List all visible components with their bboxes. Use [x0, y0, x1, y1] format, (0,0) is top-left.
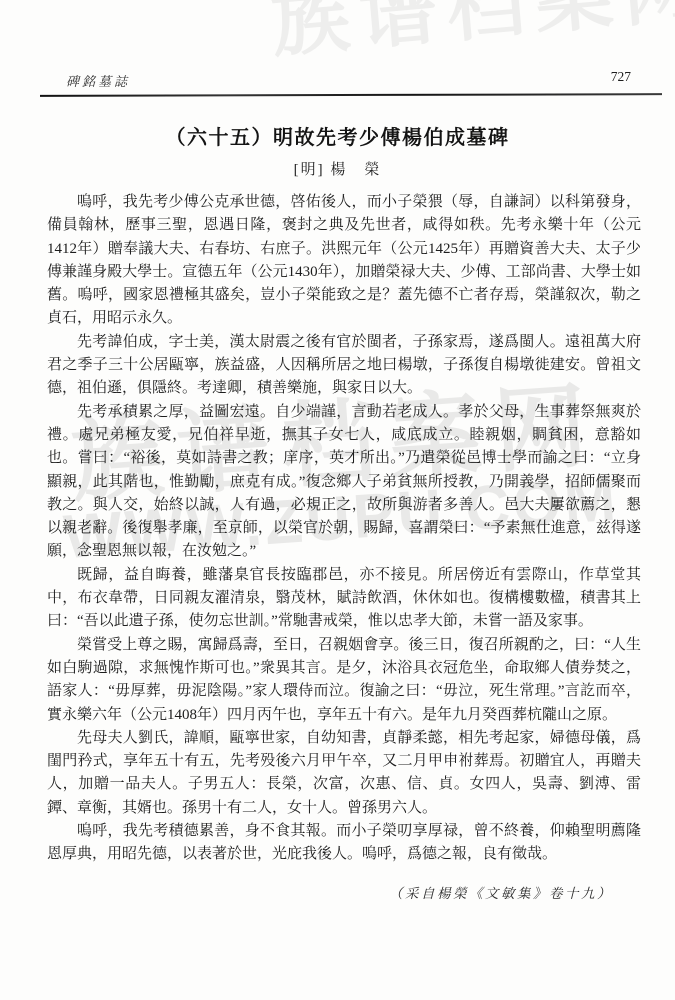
watermark-cn-text: 族谱档案网 — [226, 0, 675, 76]
article-body: 嗚呼，我先考少傅公克承世德，啓佑後人，而小子榮猥（辱，自謙詞）以科第發身，備員翰… — [47, 191, 641, 867]
body-paragraph: 先考諱伯成，字士美，漢太尉震之後有官於閩者，子孫家焉，遂爲閩人。遠祖萬大府君之季… — [47, 331, 641, 401]
header-section-title: 碑銘墓誌 — [66, 71, 130, 90]
source-note: （采自楊榮《文敏集》卷十九） — [47, 882, 641, 902]
body-paragraph: 榮嘗受上尊之賜，寓歸爲壽，至日，召親姻會享。後三日，復召所親酌之，曰：“人生如白… — [47, 634, 641, 727]
body-paragraph: 嗚呼，我先考積德累善，身不食其報。而小子榮叨享厚禄，曾不終養，仰賴聖明薦隆恩厚典… — [47, 820, 641, 867]
body-paragraph: 先考承積累之厚，益圖宏遠。自少端謹，言動若老成人。孝於父母，生事葬祭無爽於禮。處… — [47, 401, 641, 564]
watermark-top: 族谱档案网 — [226, 0, 675, 76]
article-title: （六十五）明故先考少傅楊伯成墓碑 — [0, 121, 675, 150]
body-paragraph: 先母夫人劉氏，諱順，甌寧世家，自幼知書，貞靜柔懿，相先考起家，婦德母儀，爲閨門矜… — [47, 727, 641, 820]
document-page: 族谱档案网 族谱档案网 WWW.ZUPU.COM 碑銘墓誌 727 （六十五）明… — [0, 0, 675, 1000]
body-paragraph: 嗚呼，我先考少傅公克承世德，啓佑後人，而小子榮猥（辱，自謙詞）以科第發身，備員翰… — [47, 191, 641, 331]
header-rule — [40, 93, 662, 97]
body-paragraph: 既歸，益自晦養，雖藩臬官長按臨郡邑，亦不接見。所居傍近有雲際山，作草堂其中，布衣… — [47, 564, 641, 634]
header-page-number: 727 — [611, 69, 631, 85]
article-author: [明] 楊 榮 — [0, 158, 675, 179]
